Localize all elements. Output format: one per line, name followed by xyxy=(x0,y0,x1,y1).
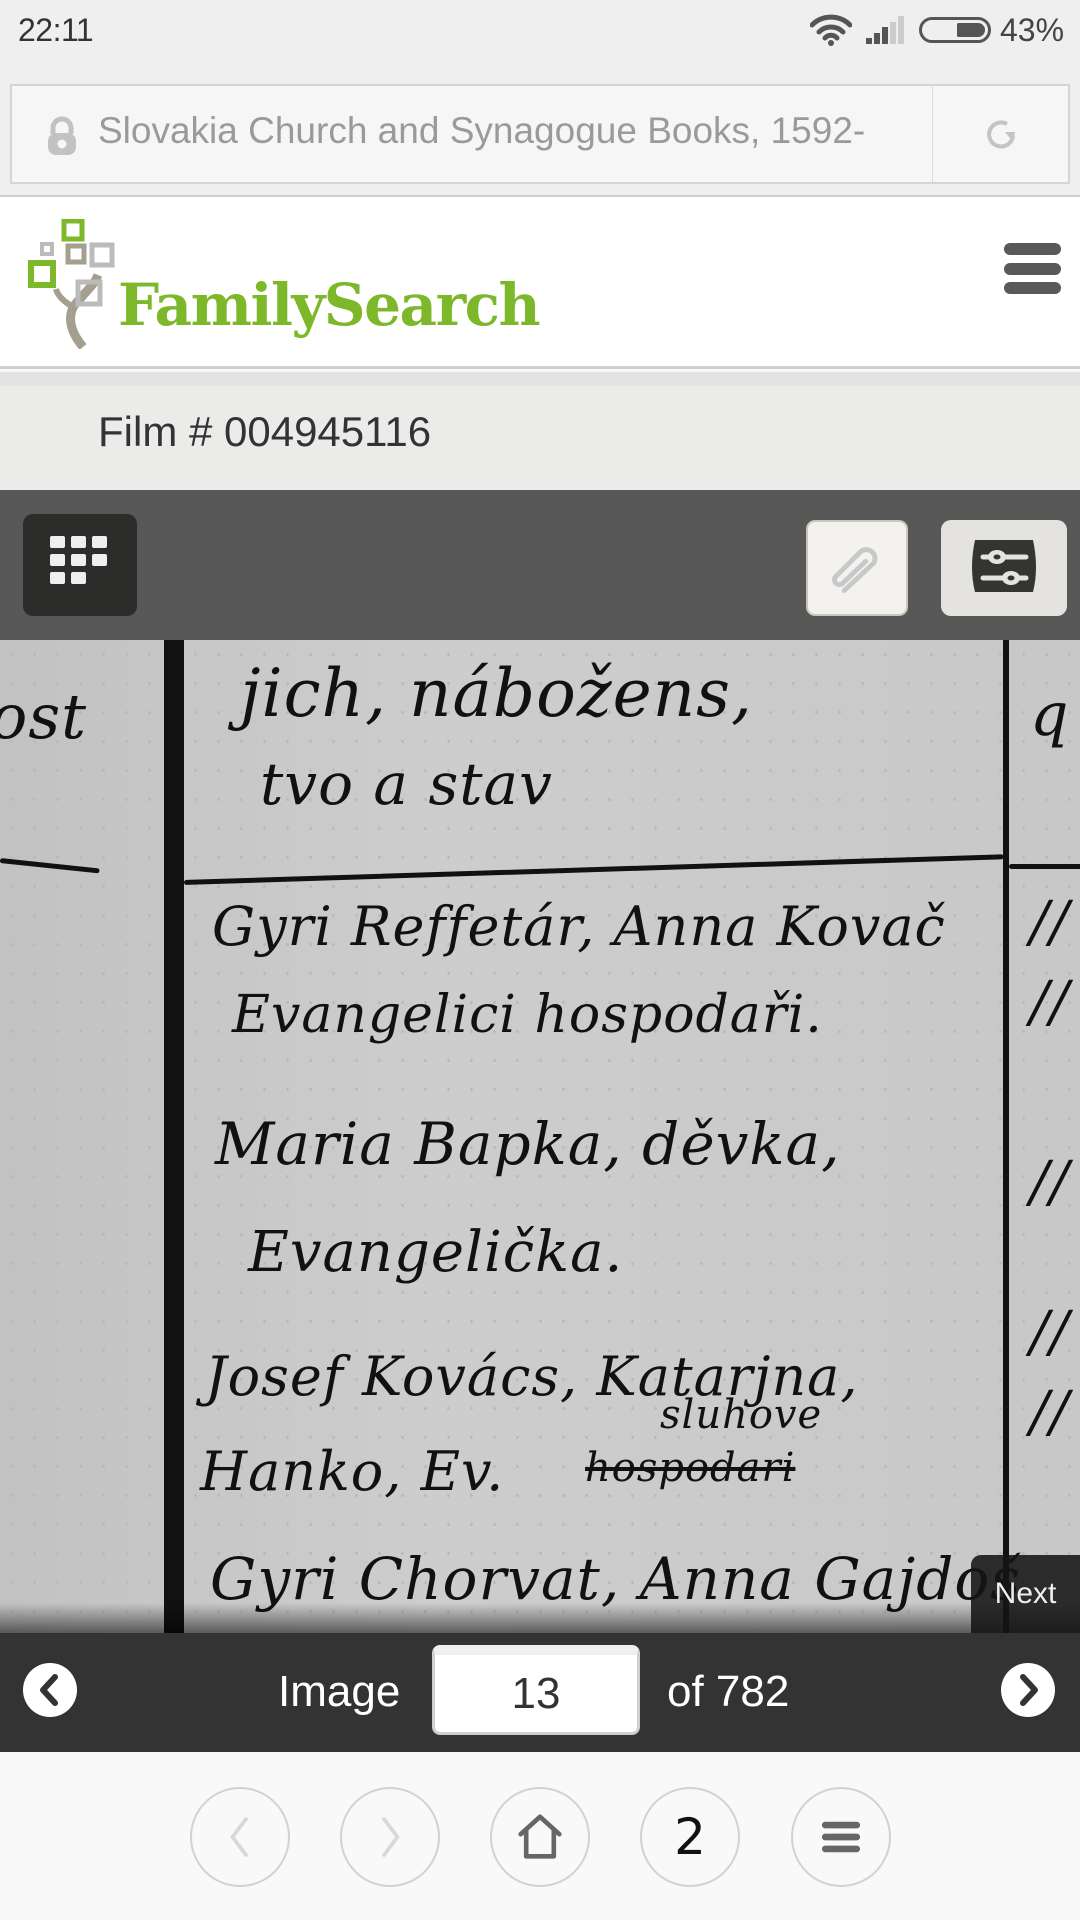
image-label: Image xyxy=(278,1667,400,1717)
image-navigation-bar: Image of 782 xyxy=(0,1633,1080,1752)
handwriting-line: ost xyxy=(0,680,87,753)
home-icon xyxy=(517,1814,563,1860)
hamburger-bar xyxy=(1004,282,1061,294)
browser-back-button[interactable] xyxy=(190,1787,290,1887)
wifi-icon xyxy=(810,14,852,46)
image-number-input[interactable] xyxy=(432,1645,640,1735)
margin-mark: // xyxy=(1030,1150,1070,1215)
hamburger-bar xyxy=(1004,243,1061,255)
browser-tabs-button[interactable]: 2 xyxy=(640,1787,740,1887)
next-tooltip-text: Next xyxy=(971,1577,1080,1611)
margin-mark: q xyxy=(1030,680,1069,750)
handwriting-line: Gyri Reffetár, Anna Kovač xyxy=(212,895,946,958)
margin-mark: // xyxy=(1030,970,1070,1035)
ledger-row-rule xyxy=(0,858,100,873)
film-number: Film # 004945116 xyxy=(98,408,431,456)
browser-address-area: Slovakia Church and Synagogue Books, 159… xyxy=(0,62,1080,197)
browser-bottom-bar: 2 xyxy=(0,1752,1080,1920)
reload-button[interactable] xyxy=(932,86,1068,182)
handwriting-line: jich, nábožens, xyxy=(240,655,753,732)
browser-forward-button[interactable] xyxy=(340,1787,440,1887)
lock-icon xyxy=(42,116,82,156)
battery-icon xyxy=(919,17,991,43)
handwriting-line: Evangelici hospodaři. xyxy=(232,985,823,1045)
grid-view-button[interactable] xyxy=(23,514,137,616)
handwriting-line-struck: hospodari xyxy=(585,1445,795,1491)
back-arrow-icon xyxy=(225,1814,255,1860)
paperclip-icon xyxy=(808,522,908,614)
chevron-left-circle-icon xyxy=(23,1663,77,1717)
ledger-column-rule xyxy=(1003,640,1009,1633)
ledger-row-rule xyxy=(184,854,1004,885)
hamburger-menu-button[interactable] xyxy=(1000,237,1064,297)
handwriting-line: Evangelička. xyxy=(248,1220,623,1285)
margin-mark: // xyxy=(1030,890,1070,955)
image-bottom-shadow xyxy=(0,1603,1080,1633)
status-bar: 22:11 43% xyxy=(0,0,1080,62)
familysearch-logo[interactable]: FamilySearch xyxy=(28,219,528,349)
attach-button[interactable] xyxy=(806,520,908,616)
handwriting-line: tvo a stav xyxy=(260,750,553,818)
chevron-right-circle-icon xyxy=(1001,1663,1055,1717)
next-image-button[interactable] xyxy=(1001,1663,1055,1717)
viewer-toolbar xyxy=(0,490,1080,640)
logo-text: FamilySearch xyxy=(118,271,539,339)
image-adjust-button[interactable] xyxy=(941,520,1067,616)
reload-icon xyxy=(983,116,1019,152)
tabs-count: 2 xyxy=(674,1808,706,1866)
browser-menu-button[interactable] xyxy=(791,1787,891,1887)
forward-arrow-icon xyxy=(375,1814,405,1860)
battery-percent: 43% xyxy=(1000,12,1064,49)
handwriting-line: Hanko, Ev. xyxy=(200,1440,504,1503)
browser-home-button[interactable] xyxy=(490,1787,590,1887)
record-image-viewer[interactable]: ost jich, nábožens, tvo a stav Gyri Reff… xyxy=(0,640,1080,1633)
site-header: FamilySearch xyxy=(0,197,1080,369)
handwriting-line: Maria Bapka, děvka, xyxy=(215,1110,841,1178)
hamburger-bar xyxy=(1004,263,1061,275)
film-number-bar: Film # 004945116 xyxy=(0,372,1080,490)
menu-icon xyxy=(820,1816,862,1858)
image-total: of 782 xyxy=(667,1667,789,1717)
handwriting-line: sluhove xyxy=(660,1392,822,1438)
sliders-icon xyxy=(941,520,1067,616)
margin-mark: // xyxy=(1030,1300,1070,1365)
ledger-row-rule xyxy=(1009,864,1080,869)
cell-signal-icon xyxy=(866,16,906,44)
margin-mark: // xyxy=(1030,1380,1070,1445)
status-time: 22:11 xyxy=(18,12,93,49)
url-bar[interactable]: Slovakia Church and Synagogue Books, 159… xyxy=(10,84,1070,184)
ledger-column-rule xyxy=(164,640,184,1633)
url-text[interactable]: Slovakia Church and Synagogue Books, 159… xyxy=(98,110,928,152)
previous-image-button[interactable] xyxy=(23,1663,77,1717)
